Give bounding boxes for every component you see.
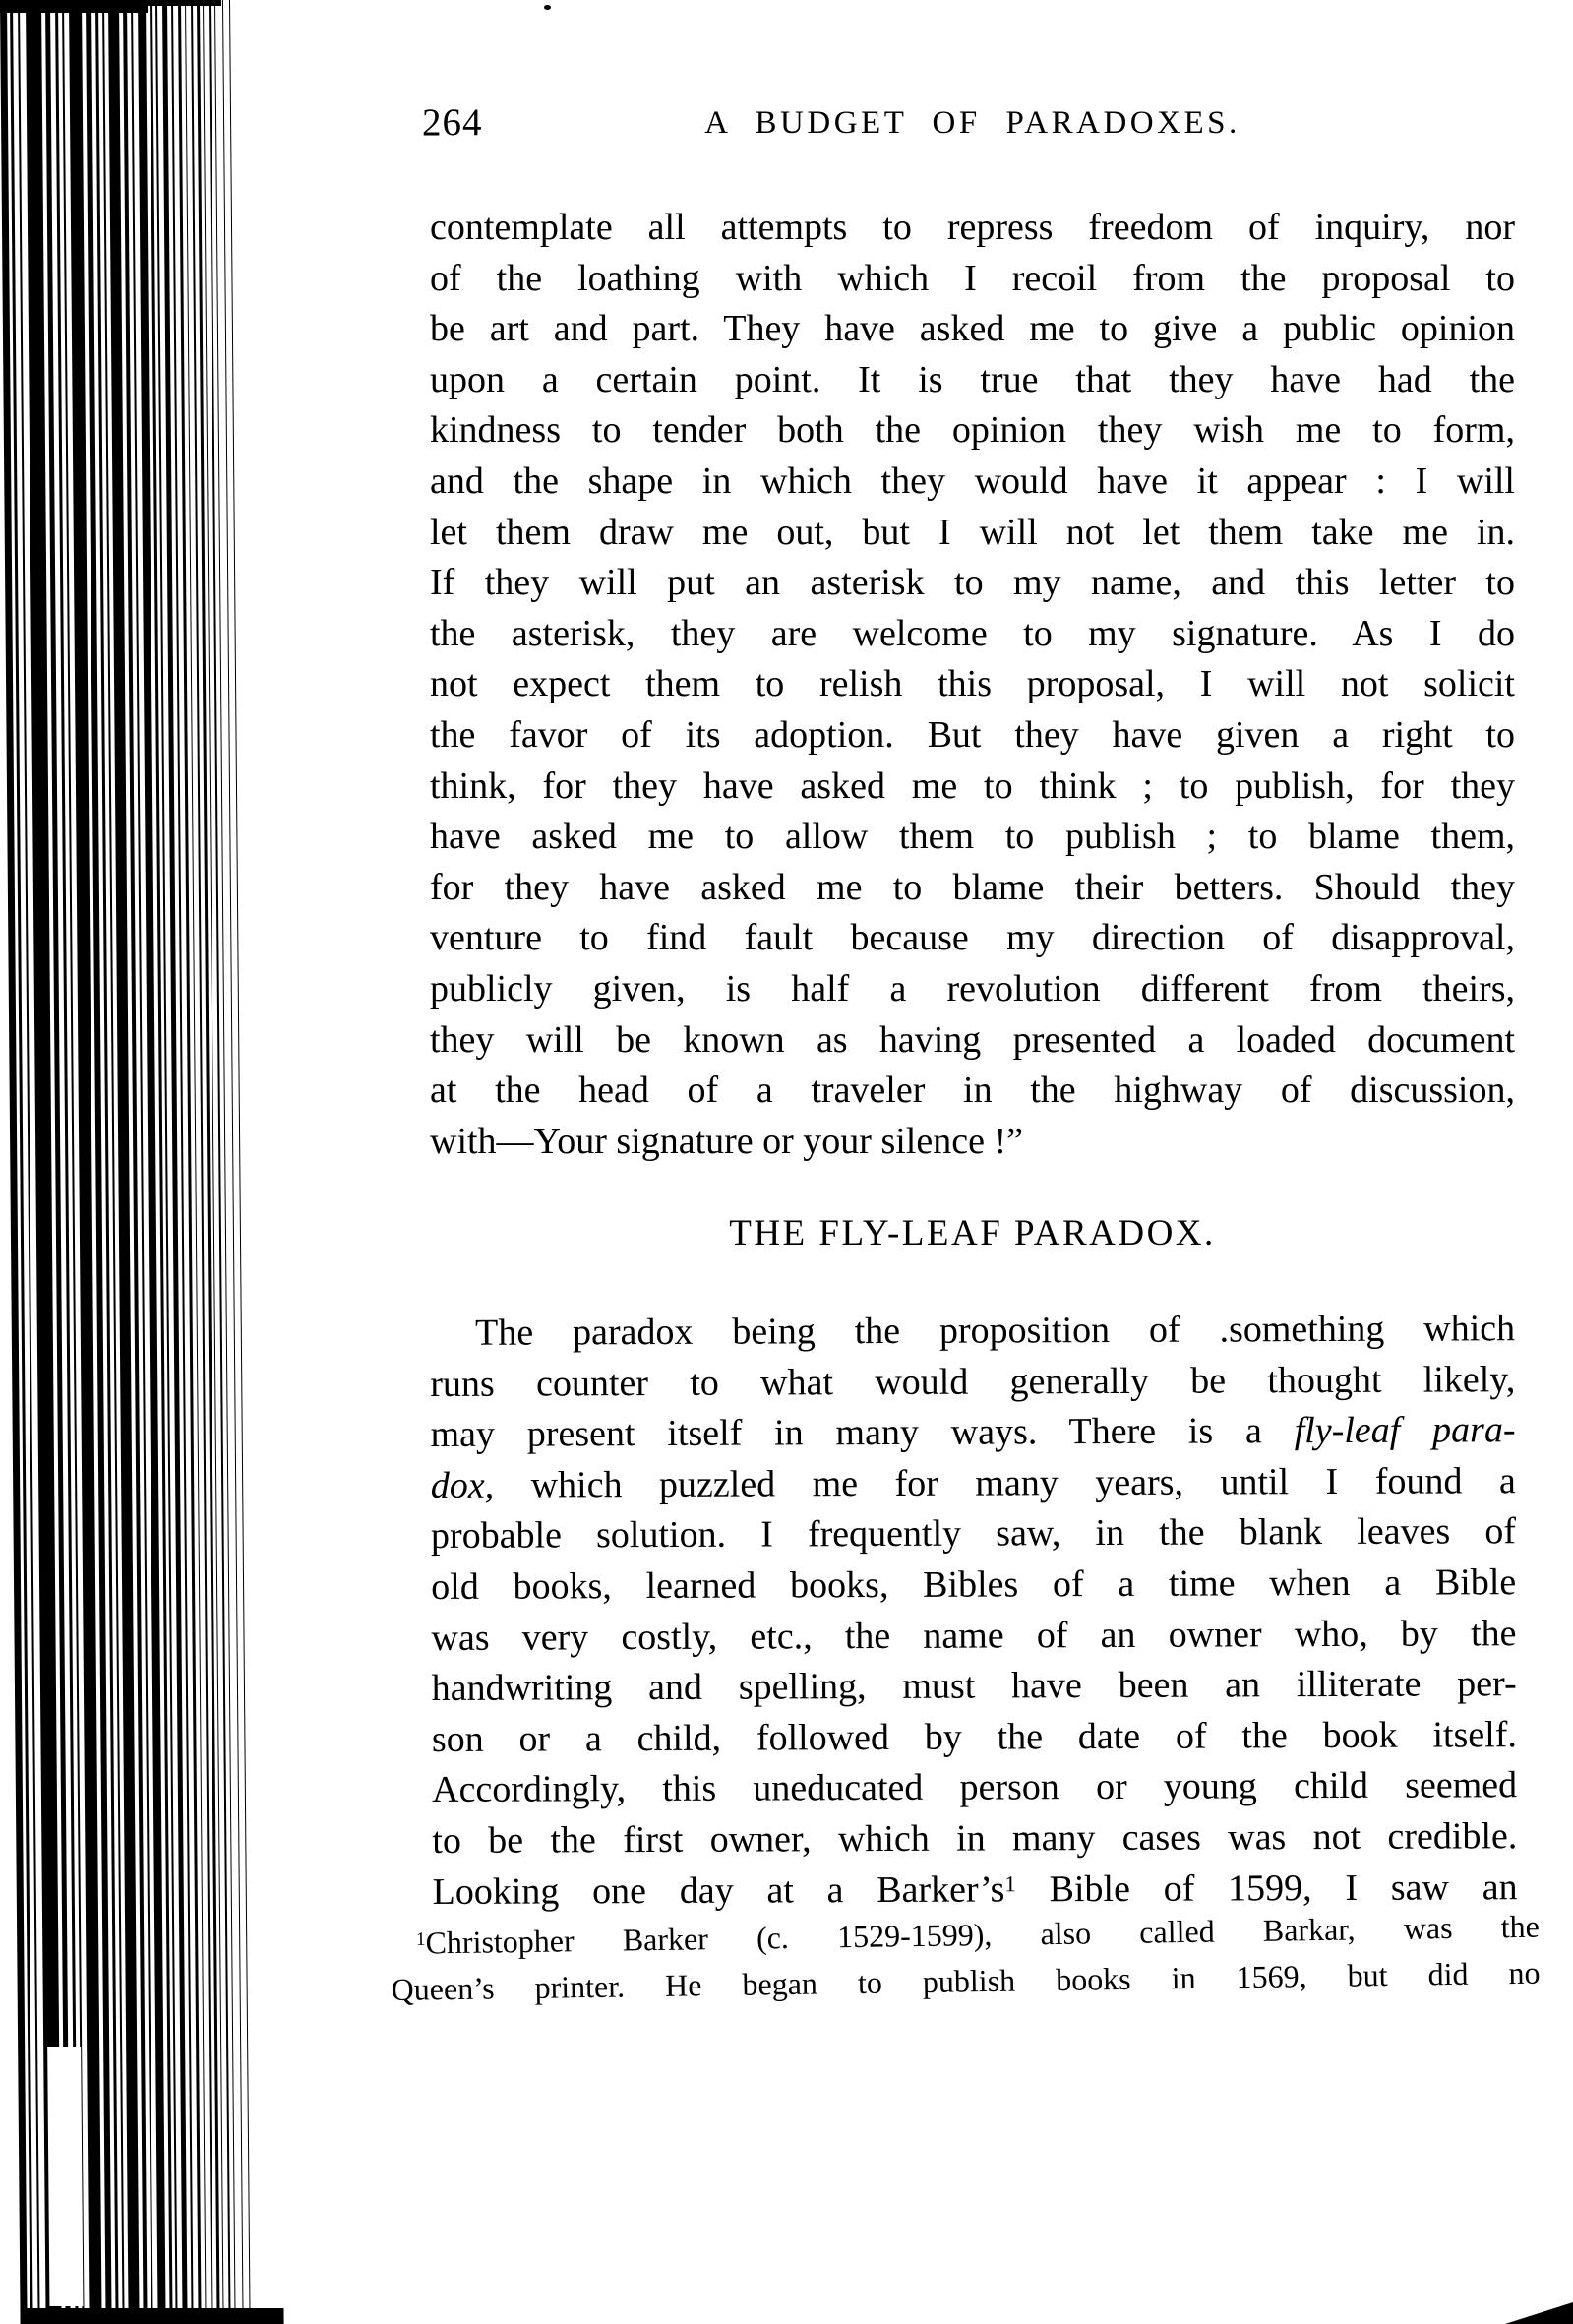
footnote-reference-mark: 1: [1004, 1871, 1016, 1896]
text-line: kindness to tender both the opinion they…: [430, 405, 1515, 457]
text-line: think, for they have asked me to think ;…: [430, 762, 1515, 813]
text-line: old books, learned books, Bibles of a ti…: [431, 1558, 1516, 1613]
italic-phrase: dox,: [431, 1464, 495, 1505]
text-line: contemplate all attempts to repress free…: [430, 203, 1515, 254]
text-line: and the shape in which they would have i…: [430, 457, 1515, 508]
page-header: 264 A BUDGET OF PARADOXES.: [430, 100, 1515, 148]
text-line: have asked me to allow them to publish ;…: [430, 812, 1515, 863]
text-line: If they will put an asterisk to my name,…: [430, 558, 1515, 609]
text-line: son or a child, followed by the date of …: [432, 1710, 1517, 1765]
footnote-marker: 1: [416, 1929, 426, 1950]
text-line: publicly given, is half a revolution dif…: [430, 964, 1515, 1015]
paragraph-fly-leaf: The paradox being the proposition of .so…: [430, 1304, 1518, 1918]
text-line: let them draw me out, but I will not let…: [430, 508, 1515, 559]
paragraph-continuation: contemplate all attempts to repress free…: [430, 203, 1515, 1167]
page-number: 264: [422, 100, 483, 145]
italic-phrase: fly-leaf para-: [1295, 1409, 1516, 1451]
running-title: A BUDGET OF PARADOXES.: [704, 105, 1240, 142]
text-line: probable solution. I frequently saw, in …: [431, 1507, 1516, 1562]
text-line: Accordingly, this uneducated person or y…: [432, 1761, 1517, 1816]
text-line: upon a certain point. It is true that th…: [430, 355, 1515, 406]
text-line: handwriting and spelling, must have been…: [432, 1659, 1517, 1714]
text-line: they will be known as having presented a…: [430, 1015, 1515, 1067]
text-line: venture to find fault because my directi…: [430, 913, 1515, 964]
text-line: at the head of a traveler in the highway…: [430, 1066, 1515, 1117]
book-page-scan: 264 A BUDGET OF PARADOXES. contemplate a…: [0, 0, 1573, 2324]
text-line: not expect them to relish this proposal,…: [430, 659, 1515, 710]
text-line: for they have asked me to blame their be…: [430, 863, 1515, 914]
section-heading: THE FLY-LEAF PARADOX.: [430, 1212, 1515, 1254]
scan-speck-artifact: [544, 5, 551, 10]
book-gutter-scan-artifact: [0, 0, 295, 2324]
text-line: the asterisk, they are welcome to my sig…: [430, 609, 1515, 660]
page-curl-artifact: [1505, 2302, 1573, 2324]
text-line: was very costly, etc., the name of an ow…: [431, 1609, 1516, 1664]
text-line: The paradox being the proposition of .so…: [430, 1304, 1515, 1359]
text-line: with—Your signature or your silence !”: [430, 1117, 1515, 1168]
footnote: 1Christopher Barker (c. 1529-1599), also…: [391, 1904, 1541, 2013]
text-line: be art and part. They have asked me to g…: [430, 304, 1515, 355]
text-line: runs counter to what would generally be …: [430, 1355, 1515, 1410]
text-line: of the loathing with which I recoil from…: [430, 254, 1515, 305]
text-line: to be the first owner, which in many cas…: [432, 1811, 1517, 1866]
text-line: the favor of its adoption. But they have…: [430, 710, 1515, 762]
text-line: may present itself in many ways. There i…: [430, 1405, 1515, 1460]
text-line: dox, which puzzled me for many years, un…: [431, 1456, 1516, 1511]
